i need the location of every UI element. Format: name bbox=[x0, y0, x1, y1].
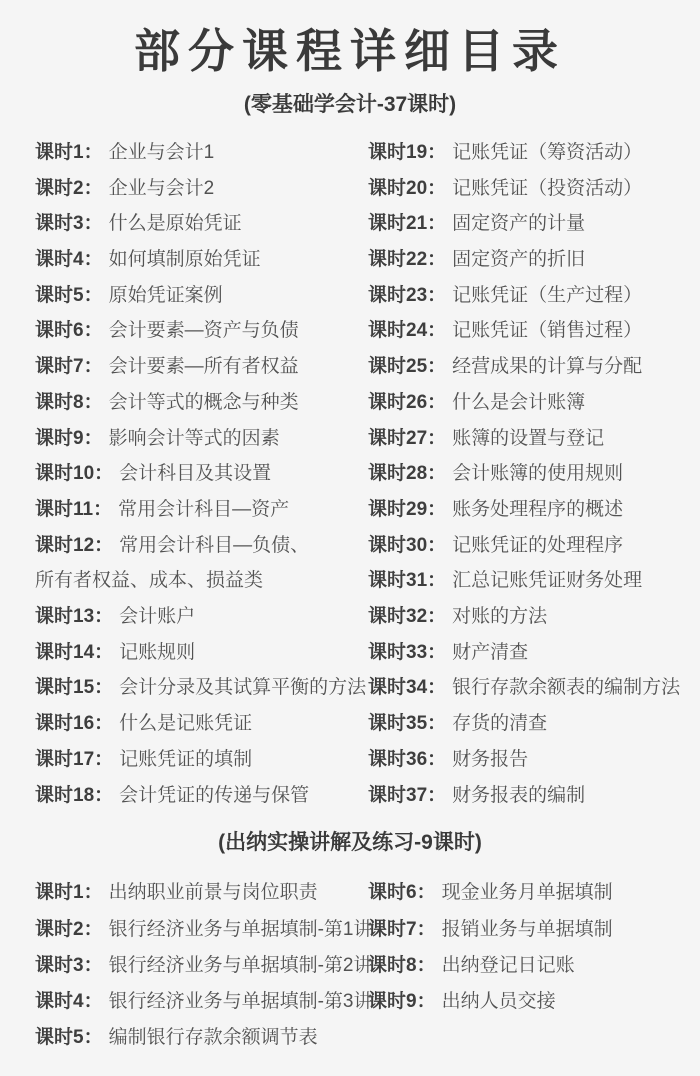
lesson-title: 记账凭证（销售过程） bbox=[452, 320, 642, 341]
lesson-title: 存货的清查 bbox=[452, 713, 547, 734]
lesson-item: 课时29：账务处理程序的概述 bbox=[368, 492, 690, 528]
lesson-item: 所有者权益、成本、损益类 bbox=[35, 563, 368, 599]
lesson-title: 什么是会计账簿 bbox=[452, 392, 585, 413]
lesson-label: 课时27： bbox=[368, 428, 446, 449]
lesson-label: 课时8： bbox=[35, 392, 103, 413]
lesson-title: 原始凭证案例 bbox=[109, 285, 223, 306]
lesson-label: 课时29： bbox=[368, 499, 446, 520]
lesson-item: 课时24：记账凭证（销售过程） bbox=[368, 313, 690, 349]
lesson-item: 课时7：报销业务与单据填制 bbox=[368, 912, 690, 948]
lesson-title: 财务报告 bbox=[452, 749, 528, 770]
lesson-label: 课时7： bbox=[368, 919, 436, 940]
lesson-item: 课时2：企业与会计2 bbox=[35, 171, 368, 207]
lesson-item: 课时37：财务报表的编制 bbox=[368, 778, 690, 814]
lesson-label: 课时33： bbox=[368, 642, 446, 663]
lesson-label: 课时21： bbox=[368, 213, 446, 234]
lesson-item: 课时28：会计账簿的使用规则 bbox=[368, 456, 690, 492]
lesson-title: 汇总记账凭证财务处理 bbox=[452, 570, 642, 591]
lesson-label: 课时26： bbox=[368, 392, 446, 413]
lesson-item: 课时6：现金业务月单据填制 bbox=[368, 875, 690, 911]
lesson-item: 课时36：财务报告 bbox=[368, 742, 690, 778]
lesson-label: 课时4： bbox=[35, 991, 103, 1012]
lesson-item: 课时8：出纳登记日记账 bbox=[368, 948, 690, 984]
lesson-title: 什么是原始凭证 bbox=[109, 213, 242, 234]
lesson-title: 影响会计等式的因素 bbox=[109, 428, 280, 449]
lesson-label: 课时15： bbox=[35, 677, 113, 698]
lesson-item: 课时26：什么是会计账簿 bbox=[368, 385, 690, 421]
lesson-label: 课时35： bbox=[368, 713, 446, 734]
lesson-item: 课时35：存货的清查 bbox=[368, 706, 690, 742]
lesson-item: 课时2：银行经济业务与单据填制-第1讲 bbox=[35, 912, 368, 948]
lesson-title: 经营成果的计算与分配 bbox=[452, 356, 642, 377]
lesson-item: 课时25：经营成果的计算与分配 bbox=[368, 349, 690, 385]
lesson-title: 记账凭证的处理程序 bbox=[452, 535, 623, 556]
lesson-label: 课时13： bbox=[35, 606, 113, 627]
lesson-title: 会计等式的概念与种类 bbox=[109, 392, 299, 413]
lesson-item: 课时1：出纳职业前景与岗位职责 bbox=[35, 875, 368, 911]
lesson-label: 课时8： bbox=[368, 955, 436, 976]
lesson-label: 课时25： bbox=[368, 356, 446, 377]
lesson-title: 账务处理程序的概述 bbox=[452, 499, 623, 520]
lesson-title: 常用会计科目—资产 bbox=[118, 499, 289, 520]
lesson-title: 会计账户 bbox=[119, 606, 195, 627]
lesson-title: 银行经济业务与单据填制-第2讲 bbox=[109, 955, 373, 976]
lesson-label: 课时28： bbox=[368, 463, 446, 484]
lesson-title: 银行经济业务与单据填制-第1讲 bbox=[109, 919, 373, 940]
lesson-label: 课时6： bbox=[368, 882, 436, 903]
course-catalog-page: 部分课程详细目录 (零基础学会计-37课时) 课时1：企业与会计1 课时2：企业… bbox=[0, 0, 700, 1076]
lesson-item: 课时23：记账凭证（生产过程） bbox=[368, 278, 690, 314]
lesson-title: 记账规则 bbox=[119, 642, 195, 663]
section-cashier-practice: (出纳实操讲解及练习-9课时) 课时1：出纳职业前景与岗位职责 课时2：银行经济… bbox=[0, 828, 700, 1056]
lesson-label: 课时3： bbox=[35, 213, 103, 234]
lesson-title: 会计要素—资产与负债 bbox=[109, 320, 299, 341]
lesson-label: 课时4： bbox=[35, 249, 103, 270]
lesson-label: 课时6： bbox=[35, 320, 103, 341]
lesson-item: 课时4：如何填制原始凭证 bbox=[35, 242, 368, 278]
lesson-label: 课时5： bbox=[35, 285, 103, 306]
lesson-label: 课时12： bbox=[35, 535, 113, 556]
lesson-title: 企业与会计1 bbox=[109, 142, 215, 163]
lesson-item: 课时31：汇总记账凭证财务处理 bbox=[368, 563, 690, 599]
section-accounting-left-column: 课时1：企业与会计1 课时2：企业与会计2 课时3：什么是原始凭证 课时4：如何… bbox=[35, 135, 368, 813]
lesson-item: 课时32：对账的方法 bbox=[368, 599, 690, 635]
lesson-label: 课时1： bbox=[35, 142, 103, 163]
lesson-item: 课时7：会计要素—所有者权益 bbox=[35, 349, 368, 385]
lesson-item: 课时14：记账规则 bbox=[35, 635, 368, 671]
lesson-item: 课时9：出纳人员交接 bbox=[368, 984, 690, 1020]
lesson-item: 课时8：会计等式的概念与种类 bbox=[35, 385, 368, 421]
lesson-title: 银行存款余额表的编制方法 bbox=[452, 677, 680, 698]
lesson-title: 银行经济业务与单据填制-第3讲 bbox=[109, 991, 373, 1012]
lesson-label: 课时17： bbox=[35, 749, 113, 770]
lesson-label: 课时16： bbox=[35, 713, 113, 734]
lesson-label: 课时14： bbox=[35, 642, 113, 663]
lesson-label: 课时19： bbox=[368, 142, 446, 163]
lesson-label: 课时9： bbox=[368, 991, 436, 1012]
lesson-label: 课时32： bbox=[368, 606, 446, 627]
lesson-title: 财务报表的编制 bbox=[452, 785, 585, 806]
lesson-item: 课时5：编制银行存款余额调节表 bbox=[35, 1020, 368, 1056]
section-cashier-columns: 课时1：出纳职业前景与岗位职责 课时2：银行经济业务与单据填制-第1讲 课时3：… bbox=[0, 875, 700, 1056]
lesson-title: 会计账簿的使用规则 bbox=[452, 463, 623, 484]
lesson-item: 课时30：记账凭证的处理程序 bbox=[368, 528, 690, 564]
lesson-title: 所有者权益、成本、损益类 bbox=[35, 570, 263, 591]
lesson-item: 课时15：会计分录及其试算平衡的方法 bbox=[35, 670, 368, 706]
lesson-item: 课时4：银行经济业务与单据填制-第3讲 bbox=[35, 984, 368, 1020]
lesson-item: 课时20：记账凭证（投资活动） bbox=[368, 171, 690, 207]
lesson-title: 固定资产的计量 bbox=[452, 213, 585, 234]
lesson-title: 对账的方法 bbox=[452, 606, 547, 627]
lesson-label: 课时2： bbox=[35, 919, 103, 940]
lesson-label: 课时37： bbox=[368, 785, 446, 806]
lesson-title: 企业与会计2 bbox=[109, 178, 215, 199]
section-accounting-header: (零基础学会计-37课时) bbox=[0, 90, 700, 120]
lesson-label: 课时24： bbox=[368, 320, 446, 341]
lesson-title: 会计科目及其设置 bbox=[119, 463, 271, 484]
section-cashier-right-column: 课时6：现金业务月单据填制 课时7：报销业务与单据填制 课时8：出纳登记日记账 … bbox=[368, 875, 690, 1056]
lesson-item: 课时21：固定资产的计量 bbox=[368, 206, 690, 242]
lesson-title: 账簿的设置与登记 bbox=[452, 428, 604, 449]
lesson-label: 课时9： bbox=[35, 428, 103, 449]
lesson-label: 课时10： bbox=[35, 463, 113, 484]
lesson-item: 课时3：什么是原始凭证 bbox=[35, 206, 368, 242]
lesson-item: 课时6：会计要素—资产与负债 bbox=[35, 313, 368, 349]
lesson-label: 课时1： bbox=[35, 882, 103, 903]
lesson-item: 课时1：企业与会计1 bbox=[35, 135, 368, 171]
lesson-label: 课时34： bbox=[368, 677, 446, 698]
lesson-item: 课时22：固定资产的折旧 bbox=[368, 242, 690, 278]
lesson-title: 出纳登记日记账 bbox=[442, 955, 575, 976]
lesson-item: 课时33：财产清查 bbox=[368, 635, 690, 671]
lesson-title: 记账凭证的填制 bbox=[119, 749, 252, 770]
lesson-item: 课时3：银行经济业务与单据填制-第2讲 bbox=[35, 948, 368, 984]
lesson-item: 课时17：记账凭证的填制 bbox=[35, 742, 368, 778]
lesson-title: 编制银行存款余额调节表 bbox=[109, 1027, 318, 1048]
page-title: 部分课程详细目录 bbox=[0, 0, 700, 81]
lesson-item: 课时34：银行存款余额表的编制方法 bbox=[368, 670, 690, 706]
lesson-title: 常用会计科目—负债、 bbox=[119, 535, 309, 556]
lesson-item: 课时12：常用会计科目—负债、 bbox=[35, 528, 368, 564]
lesson-title: 会计凭证的传递与保管 bbox=[119, 785, 309, 806]
lesson-label: 课时23： bbox=[368, 285, 446, 306]
lesson-label: 课时20： bbox=[368, 178, 446, 199]
lesson-title: 出纳人员交接 bbox=[442, 991, 556, 1012]
lesson-label: 课时22： bbox=[368, 249, 446, 270]
lesson-title: 会计分录及其试算平衡的方法 bbox=[119, 677, 366, 698]
lesson-title: 记账凭证（投资活动） bbox=[452, 178, 642, 199]
section-accounting-columns: 课时1：企业与会计1 课时2：企业与会计2 课时3：什么是原始凭证 课时4：如何… bbox=[0, 135, 700, 813]
lesson-item: 课时19：记账凭证（筹资活动） bbox=[368, 135, 690, 171]
section-accounting-basics: (零基础学会计-37课时) 课时1：企业与会计1 课时2：企业与会计2 课时3：… bbox=[0, 90, 700, 813]
lesson-title: 会计要素—所有者权益 bbox=[109, 356, 299, 377]
lesson-title: 现金业务月单据填制 bbox=[442, 882, 613, 903]
lesson-label: 课时11： bbox=[35, 499, 112, 520]
lesson-title: 出纳职业前景与岗位职责 bbox=[109, 882, 318, 903]
lesson-item: 课时11：常用会计科目—资产 bbox=[35, 492, 368, 528]
lesson-title: 固定资产的折旧 bbox=[452, 249, 585, 270]
section-accounting-right-column: 课时19：记账凭证（筹资活动） 课时20：记账凭证（投资活动） 课时21：固定资… bbox=[368, 135, 690, 813]
lesson-title: 什么是记账凭证 bbox=[119, 713, 252, 734]
lesson-item: 课时13：会计账户 bbox=[35, 599, 368, 635]
lesson-item: 课时16：什么是记账凭证 bbox=[35, 706, 368, 742]
lesson-label: 课时3： bbox=[35, 955, 103, 976]
section-cashier-header: (出纳实操讲解及练习-9课时) bbox=[0, 828, 700, 858]
lesson-title: 记账凭证（筹资活动） bbox=[452, 142, 642, 163]
lesson-item: 课时10：会计科目及其设置 bbox=[35, 456, 368, 492]
lesson-label: 课时5： bbox=[35, 1027, 103, 1048]
lesson-item: 课时18：会计凭证的传递与保管 bbox=[35, 778, 368, 814]
lesson-label: 课时7： bbox=[35, 356, 103, 377]
lesson-label: 课时31： bbox=[368, 570, 446, 591]
section-cashier-left-column: 课时1：出纳职业前景与岗位职责 课时2：银行经济业务与单据填制-第1讲 课时3：… bbox=[35, 875, 368, 1056]
lesson-label: 课时18： bbox=[35, 785, 113, 806]
lesson-item: 课时9：影响会计等式的因素 bbox=[35, 421, 368, 457]
lesson-title: 如何填制原始凭证 bbox=[109, 249, 261, 270]
lesson-label: 课时36： bbox=[368, 749, 446, 770]
lesson-title: 报销业务与单据填制 bbox=[442, 919, 613, 940]
lesson-title: 记账凭证（生产过程） bbox=[452, 285, 642, 306]
lesson-label: 课时2： bbox=[35, 178, 103, 199]
lesson-item: 课时27：账簿的设置与登记 bbox=[368, 421, 690, 457]
lesson-label: 课时30： bbox=[368, 535, 446, 556]
lesson-item: 课时5：原始凭证案例 bbox=[35, 278, 368, 314]
lesson-title: 财产清查 bbox=[452, 642, 528, 663]
